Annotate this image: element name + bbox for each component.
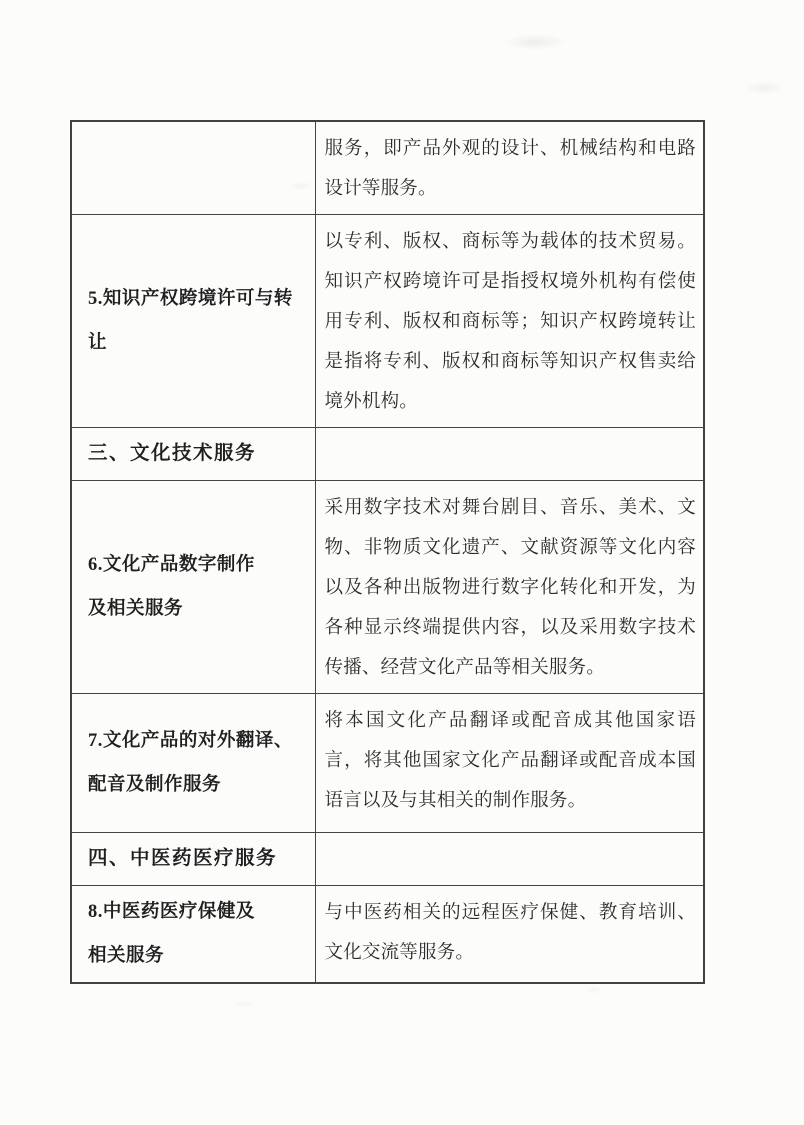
item-row: 5.知识产权跨境许可与转 让以专利、版权、商标等为载体的技术贸易。知识产权跨境许… [71, 215, 704, 428]
category-cell: 8.中医药医疗保健及 相关服务 [71, 886, 315, 984]
scanned-document-page: 服务，即产品外观的设计、机械结构和电路设计等服务。5.知识产权跨境许可与转 让以… [0, 0, 804, 1125]
category-cell: 三、文化技术服务 [71, 428, 315, 481]
section-row: 四、中医药医疗服务 [71, 833, 704, 886]
description-cell: 将本国文化产品翻译或配音成其他国家语言，将其他国家文化产品翻译或配音成本国语言以… [315, 694, 704, 833]
description-cell [315, 833, 704, 886]
section-row: 三、文化技术服务 [71, 428, 704, 481]
service-category-table: 服务，即产品外观的设计、机械结构和电路设计等服务。5.知识产权跨境许可与转 让以… [70, 120, 705, 984]
description-cell: 服务，即产品外观的设计、机械结构和电路设计等服务。 [315, 121, 704, 215]
category-cell [71, 121, 315, 215]
item-row: 服务，即产品外观的设计、机械结构和电路设计等服务。 [71, 121, 704, 215]
item-row: 8.中医药医疗保健及 相关服务与中医药相关的远程医疗保健、教育培训、文化交流等服… [71, 886, 704, 984]
category-cell: 7.文化产品的对外翻译、 配音及制作服务 [71, 694, 315, 833]
description-cell: 与中医药相关的远程医疗保健、教育培训、文化交流等服务。 [315, 886, 704, 984]
category-cell: 5.知识产权跨境许可与转 让 [71, 215, 315, 428]
item-row: 7.文化产品的对外翻译、 配音及制作服务将本国文化产品翻译或配音成其他国家语言，… [71, 694, 704, 833]
description-cell: 采用数字技术对舞台剧目、音乐、美术、文物、非物质文化遗产、文献资源等文化内容以及… [315, 481, 704, 694]
item-row: 6.文化产品数字制作 及相关服务采用数字技术对舞台剧目、音乐、美术、文物、非物质… [71, 481, 704, 694]
description-cell: 以专利、版权、商标等为载体的技术贸易。知识产权跨境许可是指授权境外机构有偿使用专… [315, 215, 704, 428]
category-cell: 四、中医药医疗服务 [71, 833, 315, 886]
description-cell [315, 428, 704, 481]
category-cell: 6.文化产品数字制作 及相关服务 [71, 481, 315, 694]
table-body: 服务，即产品外观的设计、机械结构和电路设计等服务。5.知识产权跨境许可与转 让以… [71, 121, 704, 983]
